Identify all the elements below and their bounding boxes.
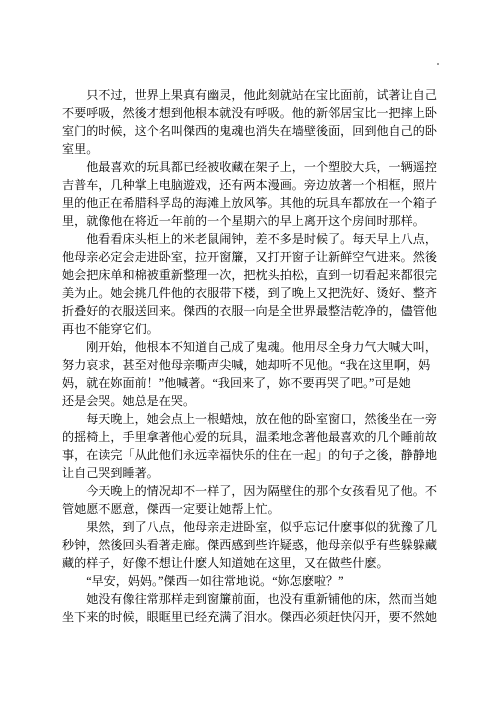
text-line: 事，在读完「从此他们永远幸福快乐的住在一起」的句子之後，静静地	[62, 446, 440, 464]
text-line: 妈，就在妳面前！”他喊著。“我回来了，妳不要再哭了吧。”可是她	[62, 374, 440, 392]
text-line: 里的他正在希腊科孚岛的海滩上放风筝。其他的玩具车都放在一个箱子	[62, 194, 440, 212]
text-line: 坐下来的时候，眼眶里已经充满了泪水。傑西必须赶快闪开，要不然她	[62, 608, 440, 626]
text-line: 努力哀求，甚至对他母亲嘶声尖喊，她却听不见他。“我在这里啊，妈	[62, 356, 440, 374]
text-line: 室里。	[62, 140, 440, 158]
text-line: 折叠好的衣服送回来。傑西的衣服一向是全世界最整洁乾净的，儘管他	[62, 302, 440, 320]
text-line: 室门的时候，这个名叫傑西的鬼魂也消失在墙壁後面，回到他自己的卧	[62, 122, 440, 140]
text-line: 吉普车，几种掌上电脑遊戏，还有两本漫画。旁边放著一个相框，照片	[62, 176, 440, 194]
page-text-block: 只不过，世界上果真有幽灵，他此刻就站在宝比面前，试著让自己不要呼吸，然後才想到他…	[62, 86, 440, 626]
text-line: 让自己哭到睡著。	[62, 464, 440, 482]
text-line: 果然，到了八点，他母亲走进卧室，似乎忘记什麽事似的犹豫了几	[62, 518, 440, 536]
text-line: 里，就像他在将近一年前的一个星期六的早上离开这个房间时那样。	[62, 212, 440, 230]
text-line: 他母亲必定会走进卧室，拉开窗簾，又打开窗子让新鲜空气进来。然後	[62, 248, 440, 266]
text-line: 她没有像往常那样走到窗簾前面，也没有重新铺他的床，然而当她	[62, 590, 440, 608]
book-page: 只不过，世界上果真有幽灵，他此刻就站在宝比面前，试著让自己不要呼吸，然後才想到他…	[0, 0, 501, 711]
scan-speck	[437, 63, 439, 65]
text-line: 他最喜欢的玩具都已经被收藏在架子上，一个塑胶大兵，一辆遥控	[62, 158, 440, 176]
text-line: 只不过，世界上果真有幽灵，他此刻就站在宝比面前，试著让自己	[62, 86, 440, 104]
text-line: 今天晚上的情况却不一样了，因为隔壁住的那个女孩看见了他。不	[62, 482, 440, 500]
text-line: 刚开始，他根本不知道自己成了鬼魂。他用尽全身力气大喊大叫，	[62, 338, 440, 356]
text-line: 秒钟，然後回头看著走廊。傑西感到些许疑惑，他母亲似乎有些躲躲藏	[62, 536, 440, 554]
text-line: 美为止。她会挑几件他的衣服带下楼，到了晚上又把洗好、烫好、整齐	[62, 284, 440, 302]
text-line: 她会把床单和棉被重新整理一次，把枕头拍松，直到一切看起来都很完	[62, 266, 440, 284]
text-line: 藏的样子，好像不想让什麽人知道她在这里，又在做些什麽。	[62, 554, 440, 572]
text-line: 他看看床头柜上的米老鼠闹钟，差不多是时候了。每天早上八点，	[62, 230, 440, 248]
text-line: 还是会哭。她总是在哭。	[62, 392, 440, 410]
text-line: 每天晚上，她会点上一根蜡烛，放在他的卧室窗口，然後坐在一旁	[62, 410, 440, 428]
text-line: 再也不能穿它们。	[62, 320, 440, 338]
text-line: 管她愿不愿意，傑西一定要让她帮上忙。	[62, 500, 440, 518]
text-line: 不要呼吸，然後才想到他根本就没有呼吸。他的新邻居宝比一把摔上卧	[62, 104, 440, 122]
text-line: “早安，妈妈。”傑西一如往常地说。“妳怎麽啦？”	[62, 572, 440, 590]
text-line: 的摇椅上，手里拿著他心爱的玩具，温柔地念著他最喜欢的几个睡前故	[62, 428, 440, 446]
